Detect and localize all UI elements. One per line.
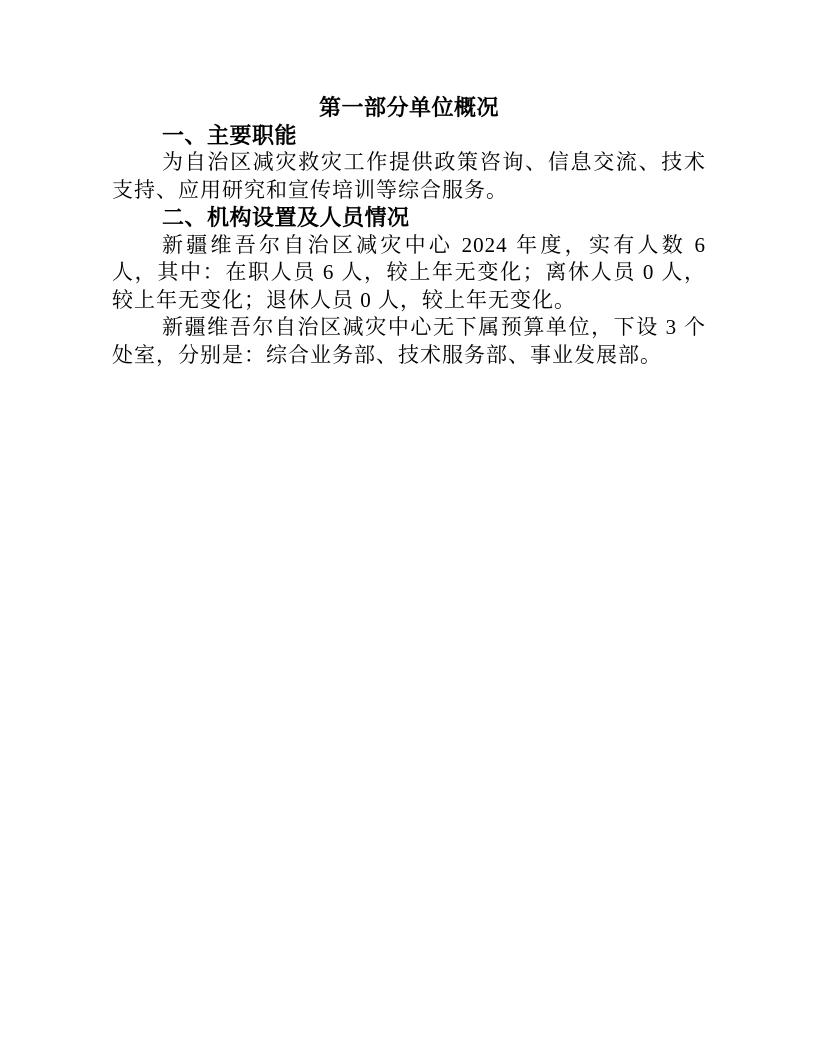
section-2-heading: 二、机构设置及人员情况 bbox=[112, 204, 706, 232]
section-1-heading: 一、主要职能 bbox=[112, 122, 706, 150]
document-content: 第一部分单位概况 一、主要职能 为自治区减灾救灾工作提供政策咨询、信息交流、技术… bbox=[112, 94, 706, 369]
document-title: 第一部分单位概况 bbox=[112, 94, 706, 122]
section-1-paragraph-1: 为自治区减灾救灾工作提供政策咨询、信息交流、技术支持、应用研究和宣传培训等综合服… bbox=[112, 149, 706, 204]
section-2-paragraph-1: 新疆维吾尔自治区减灾中心 2024 年度，实有人数 6 人，其中：在职人员 6 … bbox=[112, 232, 706, 315]
document-page: 第一部分单位概况 一、主要职能 为自治区减灾救灾工作提供政策咨询、信息交流、技术… bbox=[0, 0, 816, 1056]
section-2-paragraph-2: 新疆维吾尔自治区减灾中心无下属预算单位，下设 3 个处室，分别是：综合业务部、技… bbox=[112, 314, 706, 369]
